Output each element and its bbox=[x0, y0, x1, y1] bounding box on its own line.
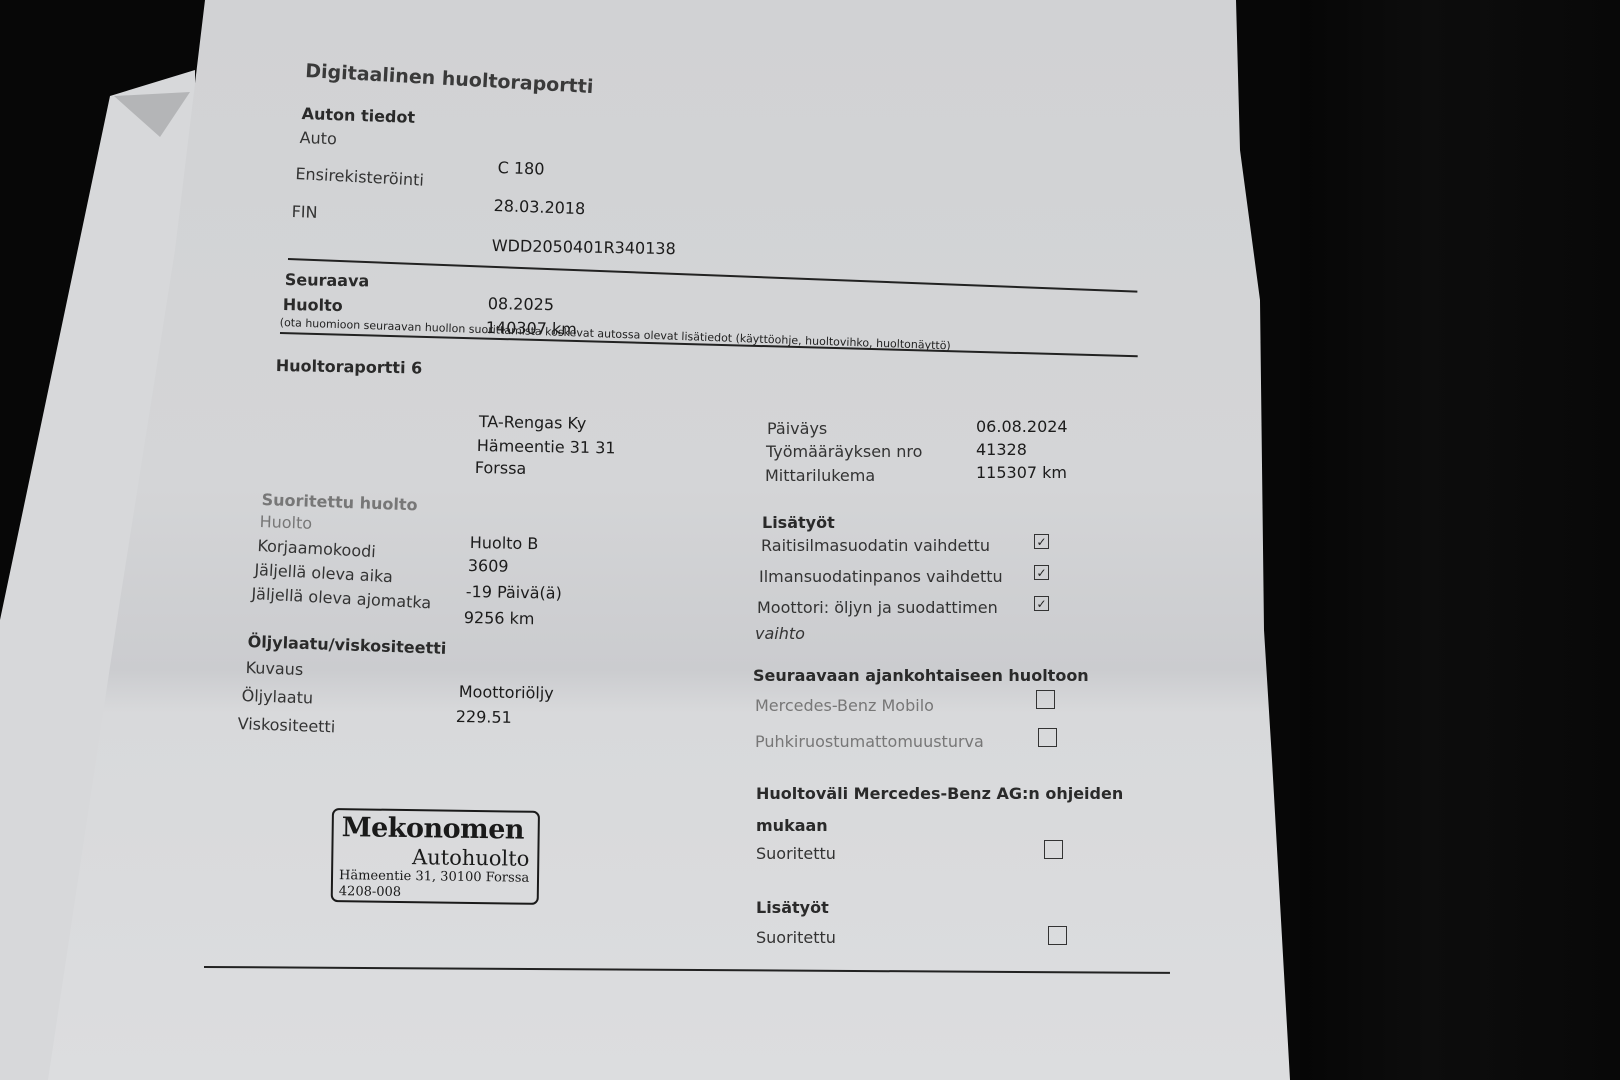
extra-work-heading: Lisätyöt bbox=[756, 898, 829, 917]
remaining-time-value: -19 Päivä(ä) bbox=[466, 582, 562, 603]
report-heading: Huoltoraportti 6 bbox=[276, 356, 423, 378]
oil-quality-label: Öljylaatu bbox=[241, 686, 313, 707]
interval-done-checkbox[interactable] bbox=[1044, 840, 1063, 859]
check-icon: ✓ bbox=[1036, 567, 1046, 579]
interval-done-label: Suoritettu bbox=[756, 844, 836, 863]
workshop-code-value: 3609 bbox=[468, 556, 509, 576]
additional-work-item-label: Moottori: öljyn ja suodattimen bbox=[757, 598, 998, 617]
additional-work-item-label: Raitisilmasuodatin vaihdettu bbox=[761, 536, 990, 555]
interval-heading-2: mukaan bbox=[756, 816, 828, 835]
service-type-label: Huolto bbox=[259, 512, 312, 533]
viscosity-value: 229.51 bbox=[456, 707, 512, 727]
workshop-street: Hämeentie 31 31 bbox=[477, 436, 616, 457]
vin-label: FIN bbox=[291, 202, 318, 222]
workshop-stamp: Mekonomen Autohuolto Hämeentie 31, 30100… bbox=[331, 808, 540, 905]
performed-service-heading: Suoritettu huolto bbox=[261, 490, 418, 514]
vehicle-model-value: C 180 bbox=[497, 158, 544, 179]
oil-description-label: Kuvaus bbox=[245, 658, 303, 679]
viscosity-label: Viskositeetti bbox=[237, 714, 335, 736]
additional-work-item-label: Ilmansuodatinpanos vaihdettu bbox=[759, 567, 1003, 586]
next-service-heading-2: Huolto bbox=[283, 295, 343, 315]
odometer-label: Mittarilukema bbox=[765, 466, 875, 485]
first-registration-value: 28.03.2018 bbox=[493, 196, 585, 218]
oil-quality-value: Moottoriöljy bbox=[459, 682, 554, 703]
date-value: 06.08.2024 bbox=[976, 417, 1068, 436]
divider-line bbox=[288, 258, 1137, 292]
work-order-label: Työmääräyksen nro bbox=[766, 442, 922, 461]
check-icon: ✓ bbox=[1036, 598, 1046, 610]
next-service-date: 08.2025 bbox=[488, 294, 554, 314]
mobilo-checkbox[interactable] bbox=[1036, 690, 1055, 709]
service-report-document: Digitaalinen huoltoraportti Auton tiedot… bbox=[0, 0, 1620, 1080]
bottom-divider-line bbox=[204, 966, 1170, 973]
stamp-subtitle: Autohuolto bbox=[412, 845, 530, 871]
extra-work-done-checkbox[interactable] bbox=[1048, 926, 1067, 945]
odometer-value: 115307 km bbox=[976, 463, 1067, 482]
date-label: Päiväys bbox=[767, 419, 827, 438]
interval-heading-1: Huoltoväli Mercedes-Benz AG:n ohjeiden bbox=[756, 784, 1123, 803]
rust-warranty-label: Puhkiruostumattomuusturva bbox=[755, 732, 984, 751]
vin-value: WDD2050401R340138 bbox=[492, 236, 676, 258]
remaining-distance-label: Jäljellä oleva ajomatka bbox=[251, 584, 432, 612]
additional-work-checkbox[interactable]: ✓ bbox=[1034, 596, 1049, 611]
workshop-city: Forssa bbox=[475, 458, 527, 478]
vehicle-model-label: Auto bbox=[299, 128, 337, 148]
additional-work-heading: Lisätyöt bbox=[762, 513, 835, 532]
rust-warranty-checkbox[interactable] bbox=[1038, 728, 1057, 747]
vehicle-info-heading: Auton tiedot bbox=[301, 104, 415, 127]
next-service-heading-1: Seuraava bbox=[285, 270, 370, 290]
next-current-service-heading: Seuraavaan ajankohtaiseen huoltoon bbox=[753, 666, 1089, 685]
remaining-time-label: Jäljellä oleva aika bbox=[254, 560, 393, 586]
document-title: Digitaalinen huoltoraportti bbox=[305, 60, 594, 98]
additional-work-checkbox[interactable]: ✓ bbox=[1034, 565, 1049, 580]
extra-work-done-label: Suoritettu bbox=[756, 928, 836, 947]
service-type-value: Huolto B bbox=[470, 533, 539, 553]
stamp-address: Hämeentie 31, 30100 Forssa bbox=[339, 868, 529, 886]
workshop-code-label: Korjaamokoodi bbox=[257, 536, 376, 561]
stamp-brand: Mekonomen bbox=[342, 812, 525, 846]
workshop-name: TA-Rengas Ky bbox=[479, 412, 587, 433]
stamp-code: 4208-008 bbox=[339, 884, 402, 900]
work-order-value: 41328 bbox=[976, 440, 1027, 459]
check-icon: ✓ bbox=[1036, 536, 1046, 548]
oil-heading: Öljylaatu/viskositeetti bbox=[247, 632, 446, 658]
first-registration-label: Ensirekisteröinti bbox=[295, 164, 424, 190]
additional-work-checkbox[interactable]: ✓ bbox=[1034, 534, 1049, 549]
mobilo-label: Mercedes-Benz Mobilo bbox=[755, 696, 934, 715]
additional-work-item-label-cont: vaihto bbox=[755, 624, 805, 643]
remaining-distance-value: 9256 km bbox=[464, 608, 535, 628]
